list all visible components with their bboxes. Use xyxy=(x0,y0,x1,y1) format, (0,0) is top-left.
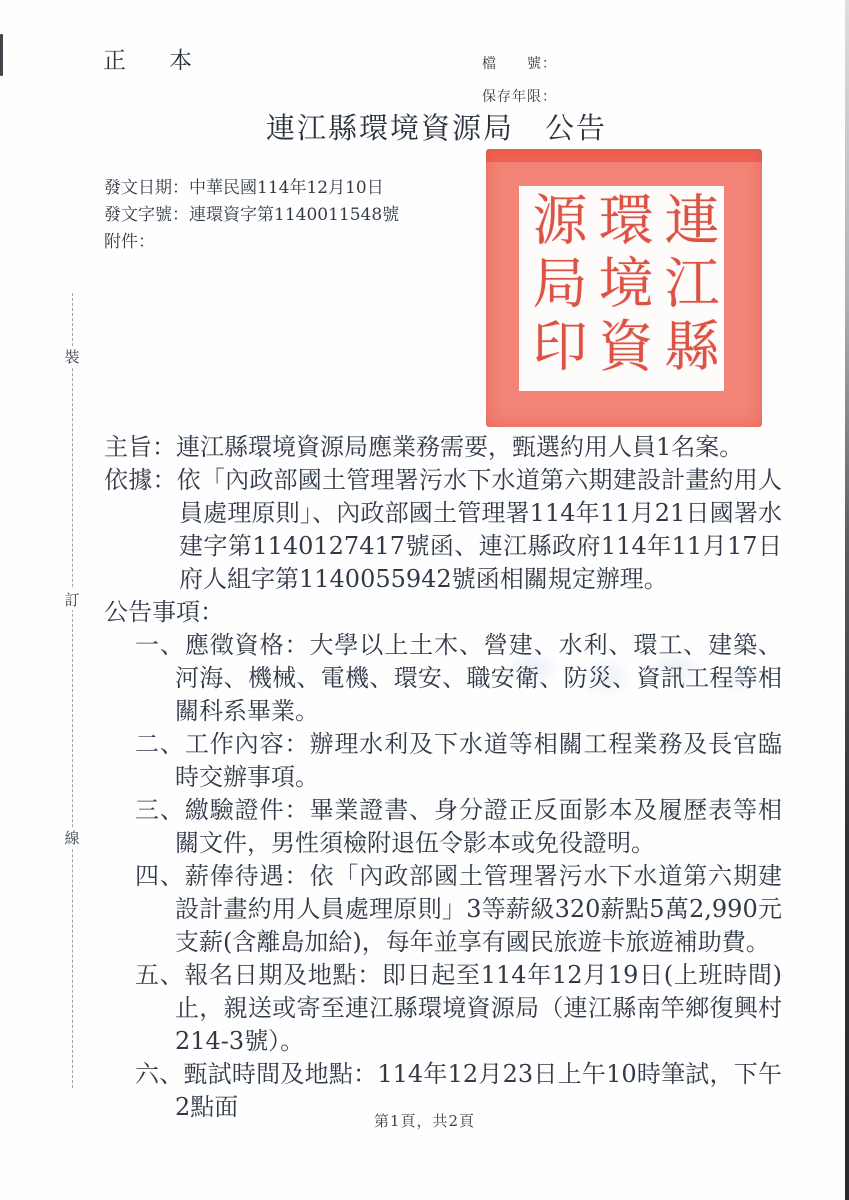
item-text: 薪俸待遇：依「內政部國土管理署污水下水道第六期建設計畫約用人員處理原則」3等薪級… xyxy=(175,862,782,956)
item-number: 五、 xyxy=(135,961,184,989)
doc-number-line: 發文字號：連環資字第1140011548號 xyxy=(104,202,399,229)
announcement-item-1: 一、應徵資格：大學以上土木、營建、水利、環工、建築、河海、機械、電機、環安、職安… xyxy=(104,629,782,728)
binding-mark-ding: 訂 xyxy=(58,589,86,610)
official-seal-face: 連江縣環境資源局印 xyxy=(519,186,724,391)
subject-paragraph: 主旨：連江縣環境資源局應業務需要，甄選約用人員1名案。 xyxy=(104,431,782,464)
item-text: 報名日期及地點：即日起至114年12月19日(上班時間)止，親送或寄至連江縣環境… xyxy=(175,961,782,1055)
page-number: 第1頁，共2頁 xyxy=(0,1110,849,1131)
basis-text: 依「內政部國土管理署污水下水道第六期建設計畫約用人員處理原則」、內政部國土管理署… xyxy=(177,466,782,593)
doc-number-label: 發文字號： xyxy=(104,205,189,225)
issue-date-line: 發文日期：中華民國114年12月10日 xyxy=(104,175,399,202)
retention-period-label: 保存年限： xyxy=(482,86,557,106)
dispatch-meta-block: 發文日期：中華民國114年12月10日 發文字號：連環資字第1140011548… xyxy=(104,175,399,256)
basis-label: 依據： xyxy=(104,466,177,494)
items-header: 公告事項： xyxy=(104,596,782,629)
item-text: 應徵資格：大學以上土木、營建、水利、環工、建築、河海、機械、電機、環安、職安衛、… xyxy=(175,631,782,725)
copy-type-label: 正 本 xyxy=(103,42,202,75)
announcement-item-3: 三、繳驗證件：畢業證書、身分證正反面影本及履歷表等相關文件，男性須檢附退伍令影本… xyxy=(104,794,782,860)
issue-date-label: 發文日期： xyxy=(104,178,189,198)
announcement-item-2: 二、工作內容：辦理水利及下水道等相關工程業務及長官臨時交辦事項。 xyxy=(104,728,782,794)
item-number: 一、 xyxy=(135,631,185,659)
item-number: 三、 xyxy=(135,796,185,824)
issue-date-value: 中華民國114年12月10日 xyxy=(189,178,384,198)
document-page: 正 本 檔 號： 保存年限： 連江縣環境資源局 公告 發文日期：中華民國114年… xyxy=(0,0,849,1200)
subject-label: 主旨： xyxy=(104,433,176,461)
item-number: 四、 xyxy=(135,862,185,890)
scan-edge-artifact-left xyxy=(0,34,3,76)
attachment-line: 附件： xyxy=(104,229,399,256)
binding-mark-zhuang: 裝 xyxy=(58,346,86,367)
binding-dotted-line xyxy=(72,293,73,1088)
item-number: 六、 xyxy=(135,1060,183,1088)
page-title: 連江縣環境資源局 公告 xyxy=(266,106,607,147)
doc-number-value: 連環資字第1140011548號 xyxy=(189,205,399,225)
subject-text: 連江縣環境資源局應業務需要，甄選約用人員1名案。 xyxy=(176,433,743,461)
announcement-item-5: 五、報名日期及地點：即日起至114年12月19日(上班時間)止，親送或寄至連江縣… xyxy=(104,959,782,1058)
file-number-label: 檔 號： xyxy=(482,53,557,73)
official-seal: 連江縣環境資源局印 xyxy=(486,149,762,427)
item-number: 二、 xyxy=(135,730,185,758)
attachment-label: 附件： xyxy=(104,232,155,252)
scan-edge-artifact-right xyxy=(845,0,849,1200)
item-text: 繳驗證件：畢業證書、身分證正反面影本及履歷表等相關文件，男性須檢附退伍令影本或免… xyxy=(175,796,782,857)
basis-paragraph: 依據：依「內政部國土管理署污水下水道第六期建設計畫約用人員處理原則」、內政部國土… xyxy=(104,464,782,596)
official-seal-text: 連江縣環境資源局印 xyxy=(523,191,721,387)
announcement-item-4: 四、薪俸待遇：依「內政部國土管理署污水下水道第六期建設計畫約用人員處理原則」3等… xyxy=(104,860,782,959)
announcement-body: 主旨：連江縣環境資源局應業務需要，甄選約用人員1名案。 依據：依「內政部國土管理… xyxy=(104,431,782,1124)
item-text: 工作內容：辦理水利及下水道等相關工程業務及長官臨時交辦事項。 xyxy=(175,730,782,791)
binding-mark-xian: 線 xyxy=(58,827,86,848)
